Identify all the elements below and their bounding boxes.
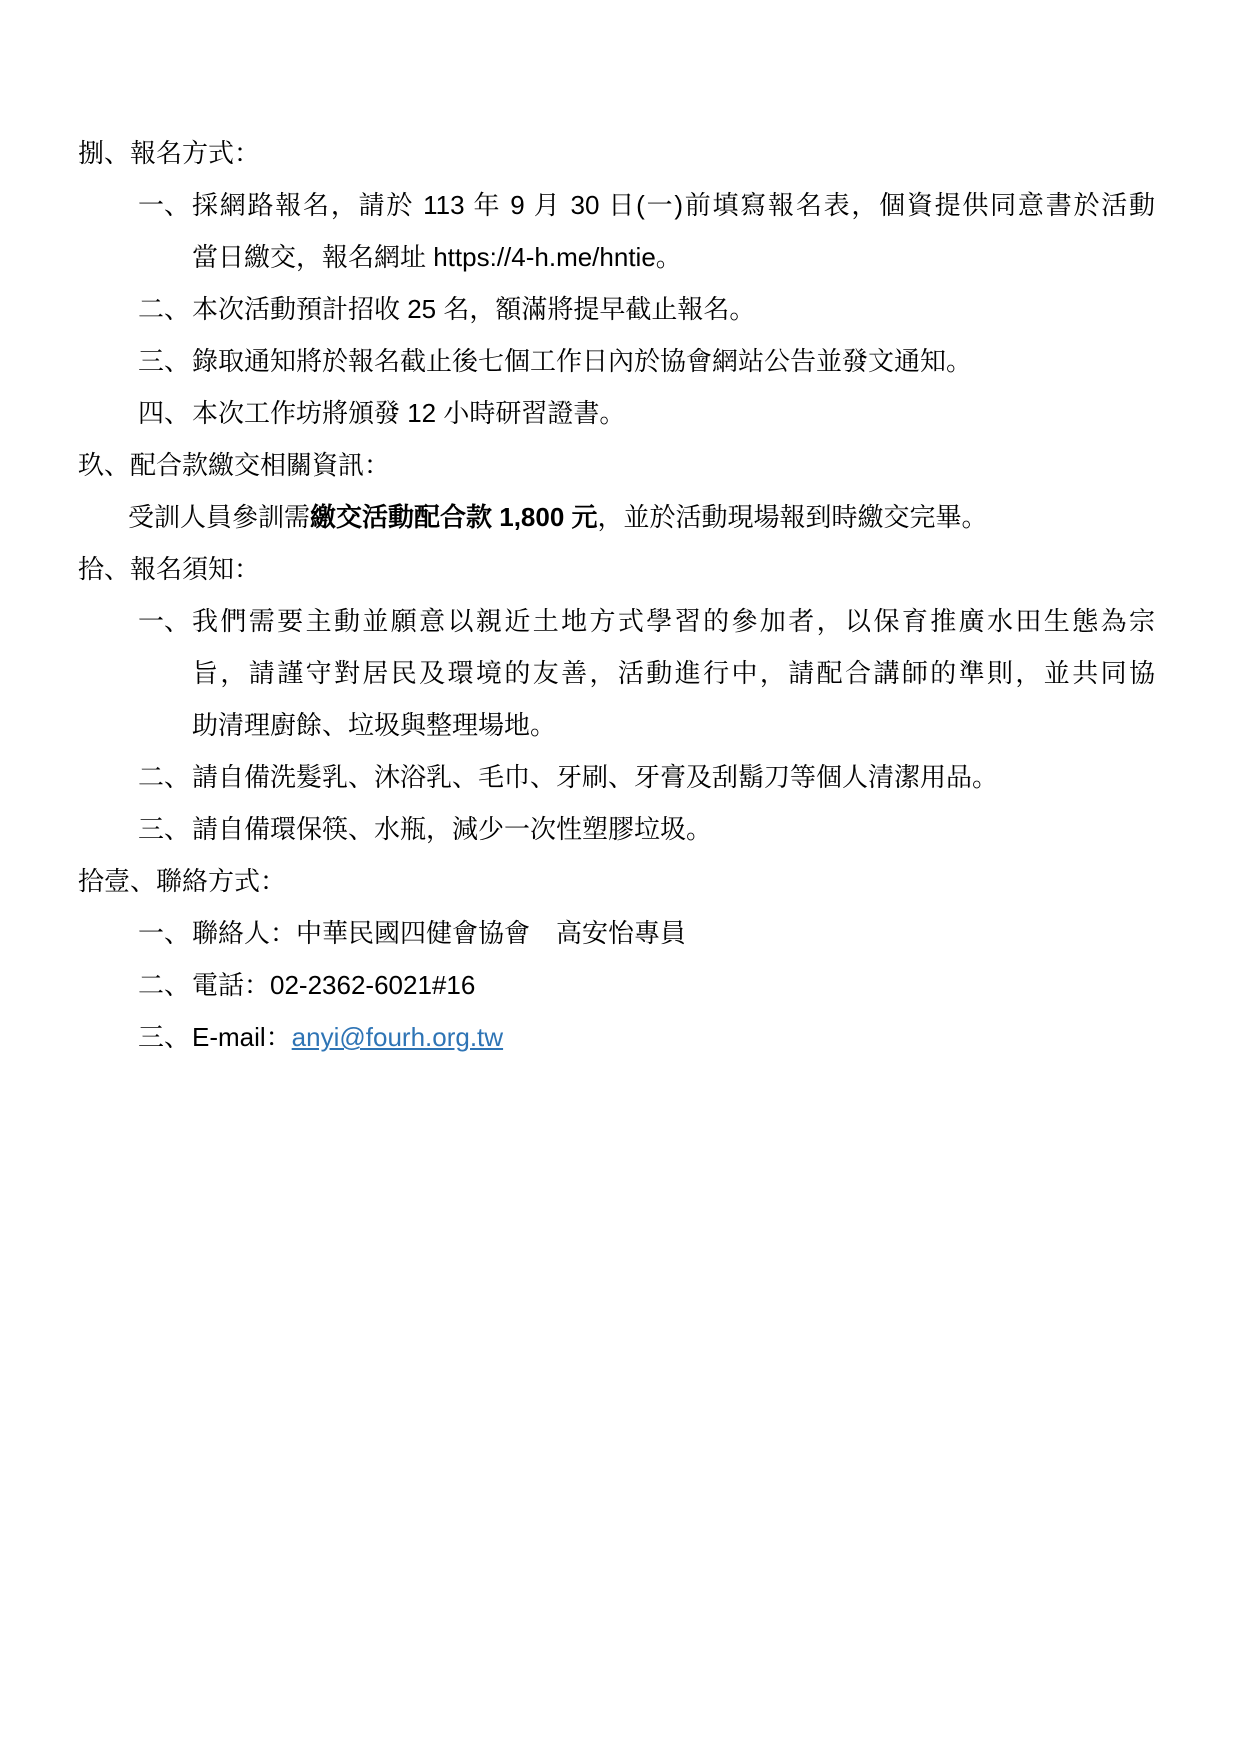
section-10-heading: 拾、報名須知： — [78, 543, 1155, 595]
item-text: 請自備洗髮乳、沐浴乳、毛巾、牙刷、牙膏及刮鬍刀等個人清潔用品。 — [192, 751, 1155, 803]
item-number: 一、 — [138, 179, 192, 283]
text-line: 採網路報名，請於 113 年 9 月 30 日(一)前填寫報名表，個資提供同意書… — [192, 179, 1155, 231]
item-number: 二、 — [138, 751, 192, 803]
item-number: 一、 — [138, 907, 192, 959]
email-label: E-mail： — [192, 1022, 292, 1052]
email-line: E-mail：anyi@fourh.org.tw — [192, 1011, 1155, 1063]
list-item: 二、 請自備洗髮乳、沐浴乳、毛巾、牙刷、牙膏及刮鬍刀等個人清潔用品。 — [78, 751, 1155, 803]
item-text: 錄取通知將於報名截止後七個工作日內於協會網站公告並發文通知。 — [192, 335, 1155, 387]
text-line: 我們需要主動並願意以親近土地方式學習的參加者，以保育推廣水田生態為宗 — [192, 595, 1155, 647]
text-line: 當日繳交，報名網址 https://4-h.me/hntie。 — [192, 231, 1155, 283]
list-item: 三、 E-mail：anyi@fourh.org.tw — [78, 1011, 1155, 1063]
list-item: 三、 請自備環保筷、水瓶，減少一次性塑膠垃圾。 — [78, 803, 1155, 855]
list-item: 一、 我們需要主動並願意以親近土地方式學習的參加者，以保育推廣水田生態為宗 旨，… — [78, 595, 1155, 751]
fee-text-normal: ，並於活動現場報到時繳交完畢。 — [598, 502, 988, 532]
item-text: 本次工作坊將頒發 12 小時研習證書。 — [192, 387, 1155, 439]
fee-text-normal: 受訓人員參訓需 — [128, 502, 310, 532]
list-item: 三、 錄取通知將於報名截止後七個工作日內於協會網站公告並發文通知。 — [78, 335, 1155, 387]
list-item: 二、 本次活動預計招收 25 名，額滿將提早截止報名。 — [78, 283, 1155, 335]
section-11-heading: 拾壹、聯絡方式： — [78, 855, 1155, 907]
phone-line: 電話：02-2362-6021#16 — [192, 959, 1155, 1011]
document-page: 捌、報名方式： 一、 採網路報名，請於 113 年 9 月 30 日(一)前填寫… — [0, 0, 1241, 1755]
text-line: 請自備洗髮乳、沐浴乳、毛巾、牙刷、牙膏及刮鬍刀等個人清潔用品。 — [192, 751, 1155, 803]
text-line: 錄取通知將於報名截止後七個工作日內於協會網站公告並發文通知。 — [192, 335, 1155, 387]
list-item: 一、 聯絡人：中華民國四健會協會 高安怡專員 — [78, 907, 1155, 959]
item-number: 四、 — [138, 387, 192, 439]
item-number: 一、 — [138, 595, 192, 751]
item-text: E-mail：anyi@fourh.org.tw — [192, 1011, 1155, 1063]
text-line: 旨，請謹守對居民及環境的友善，活動進行中，請配合講師的準則，並共同協 — [192, 647, 1155, 699]
fee-paragraph: 受訓人員參訓需繳交活動配合款 1,800 元，並於活動現場報到時繳交完畢。 — [78, 491, 1155, 543]
item-number: 三、 — [138, 803, 192, 855]
list-item: 一、 採網路報名，請於 113 年 9 月 30 日(一)前填寫報名表，個資提供… — [78, 179, 1155, 283]
contact-person-line: 聯絡人：中華民國四健會協會 高安怡專員 — [192, 907, 1155, 959]
item-text: 我們需要主動並願意以親近土地方式學習的參加者，以保育推廣水田生態為宗 旨，請謹守… — [192, 595, 1155, 751]
item-text: 請自備環保筷、水瓶，減少一次性塑膠垃圾。 — [192, 803, 1155, 855]
text-line: 請自備環保筷、水瓶，減少一次性塑膠垃圾。 — [192, 803, 1155, 855]
section-8-heading: 捌、報名方式： — [78, 127, 1155, 179]
list-item: 二、 電話：02-2362-6021#16 — [78, 959, 1155, 1011]
item-text: 電話：02-2362-6021#16 — [192, 959, 1155, 1011]
item-text: 聯絡人：中華民國四健會協會 高安怡專員 — [192, 907, 1155, 959]
email-link[interactable]: anyi@fourh.org.tw — [292, 1022, 503, 1052]
section-9-heading: 玖、配合款繳交相關資訊： — [78, 439, 1155, 491]
item-text: 本次活動預計招收 25 名，額滿將提早截止報名。 — [192, 283, 1155, 335]
item-text: 採網路報名，請於 113 年 9 月 30 日(一)前填寫報名表，個資提供同意書… — [192, 179, 1155, 283]
list-item: 四、 本次工作坊將頒發 12 小時研習證書。 — [78, 387, 1155, 439]
text-line: 本次工作坊將頒發 12 小時研習證書。 — [192, 387, 1155, 439]
fee-text-bold: 繳交活動配合款 1,800 元 — [310, 502, 598, 532]
item-number: 二、 — [138, 283, 192, 335]
text-line: 本次活動預計招收 25 名，額滿將提早截止報名。 — [192, 283, 1155, 335]
item-number: 三、 — [138, 335, 192, 387]
item-number: 三、 — [138, 1011, 192, 1063]
item-number: 二、 — [138, 959, 192, 1011]
text-line: 助清理廚餘、垃圾與整理場地。 — [192, 699, 1155, 751]
